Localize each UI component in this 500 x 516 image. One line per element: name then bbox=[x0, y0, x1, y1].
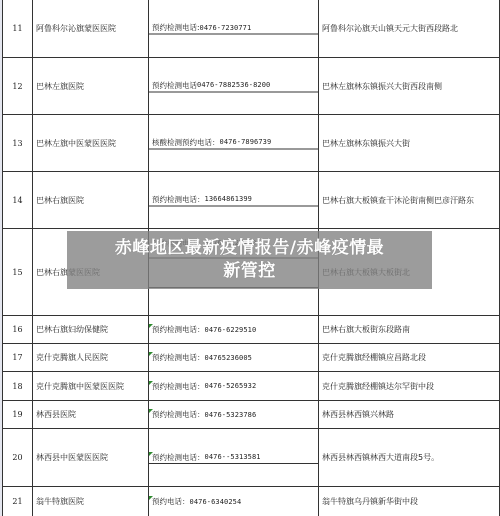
hospital-address: 翁牛特旗乌丹镇新华街中段 bbox=[319, 487, 500, 516]
phone-label: 核酸检测预约电话： bbox=[152, 137, 220, 148]
comment-marker-icon bbox=[149, 352, 153, 356]
hospital-address: 巴林右旗大板街东段路南 bbox=[319, 316, 500, 344]
phone-number: 13664861399 bbox=[205, 195, 252, 203]
phone-label: 预约检测电话： bbox=[152, 452, 205, 463]
table-row: 21 翁牛特旗医院 预约电话：0476-6340254 翁牛特旗乌丹镇新华街中段 bbox=[3, 487, 500, 516]
hospital-name: 克什克腾旗人民医院 bbox=[33, 344, 149, 372]
hospital-name: 巴林左旗中医蒙医医院 bbox=[33, 115, 149, 172]
banner-title-line-1: 赤峰地区最新疫情报告/赤峰疫情最 bbox=[115, 237, 384, 260]
phone-cell: 预约电话：0476-6340254 bbox=[149, 487, 319, 516]
phone-label: 预约检测电话: bbox=[152, 22, 200, 33]
comment-marker-icon bbox=[149, 381, 153, 385]
phone-cell: 预约检测电话：0476--5313581 bbox=[149, 429, 319, 487]
table-row: 19 林西县医院 预约检测电话：0476-5323786 林西县林西镇兴林路 bbox=[3, 401, 500, 429]
table-row: 12 巴林左旗医院 预约检测电话0476-7882536-8200 巴林左旗林东… bbox=[3, 58, 500, 115]
hospital-address: 林西县林西镇兴林路 bbox=[319, 401, 500, 429]
banner-title-line-2: 新管控 bbox=[223, 260, 276, 283]
phone-cell: 预约检测电话0476-7882536-8200 bbox=[149, 58, 319, 115]
phone-empty-subcell bbox=[149, 288, 318, 315]
table-row: 11 阿鲁科尔沁旗蒙医医院 预约检测电话:0476-7230771 阿鲁科尔沁旗… bbox=[3, 0, 500, 58]
table-row: 16 巴林右旗妇幼保健院 预约检测电话：0476-6229510 巴林右旗大板街… bbox=[3, 316, 500, 344]
row-number: 11 bbox=[3, 0, 33, 58]
row-number: 18 bbox=[3, 372, 33, 401]
phone-cell: 预约检测电话：13664861399 bbox=[149, 172, 319, 229]
table-row: 17 克什克腾旗人民医院 预约检测电话：04765236005 克什克腾旗经棚镇… bbox=[3, 344, 500, 372]
row-number: 16 bbox=[3, 316, 33, 344]
hospital-address: 林西县林西镇林西大道南段5号。 bbox=[319, 429, 500, 487]
phone-cell: 核酸检测预约电话：0476-7896739 bbox=[149, 115, 319, 172]
title-overlay-banner: 赤峰地区最新疫情报告/赤峰疫情最 新管控 bbox=[67, 231, 432, 289]
phone-label: 预约检测电话 bbox=[152, 80, 197, 91]
hospital-name: 林西县医院 bbox=[33, 401, 149, 429]
row-number: 17 bbox=[3, 344, 33, 372]
phone-number: 04765236005 bbox=[205, 354, 252, 362]
phone-number: 0476-6229510 bbox=[205, 326, 257, 334]
table-row: 20 林西县中医蒙医医院 预约检测电话：0476--5313581 林西县林西镇… bbox=[3, 429, 500, 487]
hospital-name: 阿鲁科尔沁旗蒙医医院 bbox=[33, 0, 149, 58]
phone-cell: 预约检测电话：04765236005 bbox=[149, 344, 319, 372]
phone-label: 预约检测电话： bbox=[152, 409, 205, 420]
table-row: 14 巴林右旗医院 预约检测电话：13664861399 巴林右旗大板镇查干沐沦… bbox=[3, 172, 500, 229]
row-number: 13 bbox=[3, 115, 33, 172]
row-number: 19 bbox=[3, 401, 33, 429]
row-number: 20 bbox=[3, 429, 33, 487]
comment-marker-icon bbox=[149, 452, 153, 456]
comment-marker-icon bbox=[149, 324, 153, 328]
phone-number: 0476-5323786 bbox=[205, 411, 257, 419]
phone-cell: 预约检测电话：0476-5323786 bbox=[149, 401, 319, 429]
hospital-name: 林西县中医蒙医医院 bbox=[33, 429, 149, 487]
phone-cell: 预约检测电话：0476-6229510 bbox=[149, 316, 319, 344]
document-page: 11 阿鲁科尔沁旗蒙医医院 预约检测电话:0476-7230771 阿鲁科尔沁旗… bbox=[0, 0, 500, 516]
phone-number: 0476-5265932 bbox=[205, 382, 257, 390]
phone-label: 预约检测电话： bbox=[152, 194, 205, 205]
hospital-address: 巴林右旗大板镇查干沐沦街南侧巴彦汗路东 bbox=[319, 172, 500, 229]
hospital-name: 巴林左旗医院 bbox=[33, 58, 149, 115]
phone-number: 0476-7896739 bbox=[220, 138, 272, 146]
phone-label: 预约检测电话： bbox=[152, 352, 205, 363]
phone-number: 0476-7882536-8200 bbox=[197, 81, 270, 89]
phone-label: 预约检测电话： bbox=[152, 381, 205, 392]
row-number: 15 bbox=[3, 229, 33, 316]
table-row: 13 巴林左旗中医蒙医医院 核酸检测预约电话：0476-7896739 巴林左旗… bbox=[3, 115, 500, 172]
phone-cell: 预约检测电话：0476-5265932 bbox=[149, 372, 319, 401]
hospital-name: 巴林右旗妇幼保健院 bbox=[33, 316, 149, 344]
phone-number: 0476-6340254 bbox=[190, 498, 242, 506]
phone-label: 预约检测电话： bbox=[152, 324, 205, 335]
hospital-name: 巴林右旗医院 bbox=[33, 172, 149, 229]
phone-number: 0476-7230771 bbox=[200, 24, 252, 32]
phone-cell: 预约检测电话:0476-7230771 bbox=[149, 0, 319, 58]
row-number: 14 bbox=[3, 172, 33, 229]
table-row: 18 克什克腾旗中医蒙医医院 预约检测电话：0476-5265932 克什克腾旗… bbox=[3, 372, 500, 401]
hospital-name: 翁牛特旗医院 bbox=[33, 487, 149, 516]
hospital-address: 巴林左旗林东镇振兴大街西段南侧 bbox=[319, 58, 500, 115]
hospital-address: 克什克腾旗经棚镇应昌路北段 bbox=[319, 344, 500, 372]
phone-number: 0476--5313581 bbox=[205, 453, 261, 461]
hospital-address: 巴林左旗林东镇振兴大街 bbox=[319, 115, 500, 172]
row-number: 12 bbox=[3, 58, 33, 115]
hospital-name: 克什克腾旗中医蒙医医院 bbox=[33, 372, 149, 401]
row-number: 21 bbox=[3, 487, 33, 516]
comment-marker-icon bbox=[149, 496, 153, 500]
hospital-address: 阿鲁科尔沁旗天山镇天元大街西段路北 bbox=[319, 0, 500, 58]
comment-marker-icon bbox=[149, 409, 153, 413]
phone-label: 预约电话： bbox=[152, 496, 190, 507]
hospital-address: 克什克腾旗经棚镇达尔罕街中段 bbox=[319, 372, 500, 401]
